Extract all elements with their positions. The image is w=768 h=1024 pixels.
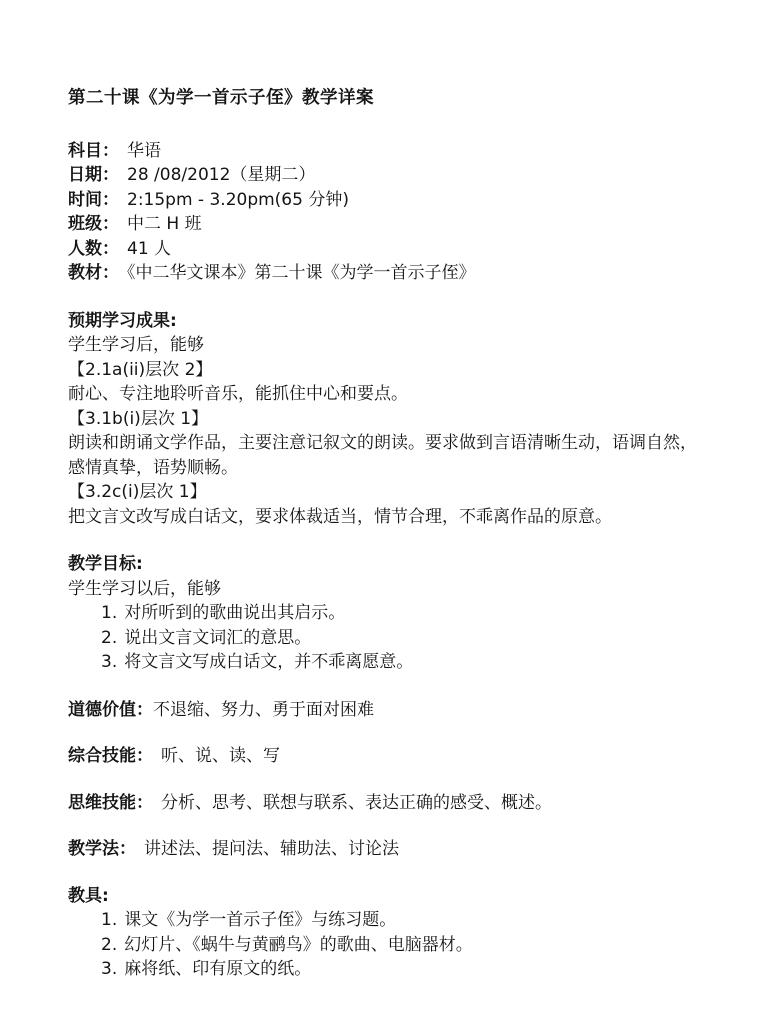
attribute-value: 不退缩、努力、勇于面对困难 — [153, 700, 374, 720]
meta-label: 时间： — [68, 190, 119, 210]
teaching-objectives-section: 教学目标: 学生学习以后，能够 1.对所听到的歌曲说出其启示。 2.说出文言文词… — [68, 552, 706, 675]
list-text: 麻将纸、印有原文的纸。 — [124, 959, 311, 979]
meta-value: 《中二华文课本》第二十课《为学一首示子侄》 — [127, 263, 476, 283]
section-intro: 学生学习后，能够 — [68, 333, 706, 358]
meta-label: 日期： — [68, 165, 119, 185]
meta-line-class: 班级：中二 H 班 — [68, 212, 706, 237]
teaching-methods-line: 教学法：讲述法、提问法、辅助法、讨论法 — [68, 837, 706, 862]
outcome-code: 【3.2c(i)层次 1】 — [68, 480, 706, 505]
meta-label: 科目： — [68, 141, 119, 161]
list-number: 2. — [101, 935, 117, 955]
outcome-code: 【3.1b(i)层次 1】 — [68, 407, 706, 432]
meta-label: 教材： — [68, 263, 119, 283]
meta-line-date: 日期：28 /08/2012（星期二） — [68, 163, 706, 188]
section-heading: 预期学习成果: — [68, 309, 706, 334]
section-heading: 教具: — [68, 884, 706, 909]
meta-line-subject: 科目：华语 — [68, 139, 706, 164]
meta-line-material: 教材：《中二华文课本》第二十课《为学一首示子侄》 — [68, 261, 706, 286]
section-heading: 教学目标: — [68, 552, 706, 577]
expected-outcomes-section: 预期学习成果: 学生学习后，能够 【2.1a(ii)层次 2】 耐心、专注地聆听… — [68, 309, 706, 530]
meta-value: 华语 — [127, 141, 161, 161]
list-item: 3.将文言文写成白话文，并不乖离愿意。 — [101, 650, 706, 675]
list-text: 对所听到的歌曲说出其启示。 — [124, 603, 345, 623]
page-title: 第二十课《为学一首示子侄》教学详案 — [68, 86, 706, 111]
list-item: 2.幻灯片、《蜗牛与黄鹂鸟》的歌曲、电脑器材。 — [101, 933, 706, 958]
meta-label: 班级： — [68, 214, 119, 234]
attribute-label: 教学法： — [68, 839, 136, 859]
meta-line-time: 时间：2:15pm - 3.20pm(65 分钟) — [68, 188, 706, 213]
attribute-label: 综合技能： — [68, 746, 153, 766]
list-number: 3. — [101, 959, 117, 979]
list-number: 1. — [101, 910, 117, 930]
list-item: 1.课文《为学一首示子侄》与练习题。 — [101, 908, 706, 933]
attribute-label: 思维技能： — [68, 793, 153, 813]
list-text: 将文言文写成白话文，并不乖离愿意。 — [124, 652, 413, 672]
meta-value: 28 /08/2012（星期二） — [127, 165, 315, 185]
aids-list: 1.课文《为学一首示子侄》与练习题。 2.幻灯片、《蜗牛与黄鹂鸟》的歌曲、电脑器… — [68, 908, 706, 982]
moral-values-line: 道德价值：不退缩、努力、勇于面对困难 — [68, 698, 706, 723]
meta-value: 2:15pm - 3.20pm(65 分钟) — [127, 190, 349, 210]
meta-label: 人数： — [68, 239, 119, 259]
teaching-aids-section: 教具: 1.课文《为学一首示子侄》与练习题。 2.幻灯片、《蜗牛与黄鹂鸟》的歌曲… — [68, 884, 706, 982]
thinking-skills-line: 思维技能：分析、思考、联想与联系、表达正确的感受、概述。 — [68, 791, 706, 816]
list-text: 课文《为学一首示子侄》与练习题。 — [124, 910, 396, 930]
outcome-text: 耐心、专注地聆听音乐，能抓住中心和要点。 — [68, 382, 706, 407]
list-number: 2. — [101, 628, 117, 648]
list-text: 说出文言文词汇的意思。 — [124, 628, 311, 648]
outcome-text: 朗读和朗诵文学作品，主要注意记叙文的朗读。要求做到言语清晰生动，语调自然，感情真… — [68, 431, 706, 480]
objectives-list: 1.对所听到的歌曲说出其启示。 2.说出文言文词汇的意思。 3.将文言文写成白话… — [68, 601, 706, 675]
meta-value: 41 人 — [127, 239, 171, 259]
meta-block: 科目：华语 日期：28 /08/2012（星期二） 时间：2:15pm - 3.… — [68, 139, 706, 286]
list-number: 1. — [101, 603, 117, 623]
list-item: 2.说出文言文词汇的意思。 — [101, 626, 706, 651]
attribute-label: 道德价值： — [68, 700, 153, 720]
outcome-text: 把文言文改写成白话文，要求体裁适当，情节合理，不乖离作品的原意。 — [68, 505, 706, 530]
section-intro: 学生学习以后，能够 — [68, 577, 706, 602]
attribute-value: 听、说、读、写 — [161, 746, 280, 766]
lesson-plan-page: 第二十课《为学一首示子侄》教学详案 科目：华语 日期：28 /08/2012（星… — [0, 0, 768, 1024]
outcome-code: 【2.1a(ii)层次 2】 — [68, 358, 706, 383]
list-item: 3.麻将纸、印有原文的纸。 — [101, 957, 706, 982]
attribute-value: 讲述法、提问法、辅助法、讨论法 — [144, 839, 399, 859]
list-text: 幻灯片、《蜗牛与黄鹂鸟》的歌曲、电脑器材。 — [124, 935, 473, 955]
list-item: 1.对所听到的歌曲说出其启示。 — [101, 601, 706, 626]
meta-value: 中二 H 班 — [127, 214, 202, 234]
attribute-value: 分析、思考、联想与联系、表达正确的感受、概述。 — [161, 793, 552, 813]
list-number: 3. — [101, 652, 117, 672]
meta-line-count: 人数：41 人 — [68, 237, 706, 262]
integrated-skills-line: 综合技能：听、说、读、写 — [68, 744, 706, 769]
attributes-block: 道德价值：不退缩、努力、勇于面对困难 综合技能：听、说、读、写 思维技能：分析、… — [68, 698, 706, 862]
